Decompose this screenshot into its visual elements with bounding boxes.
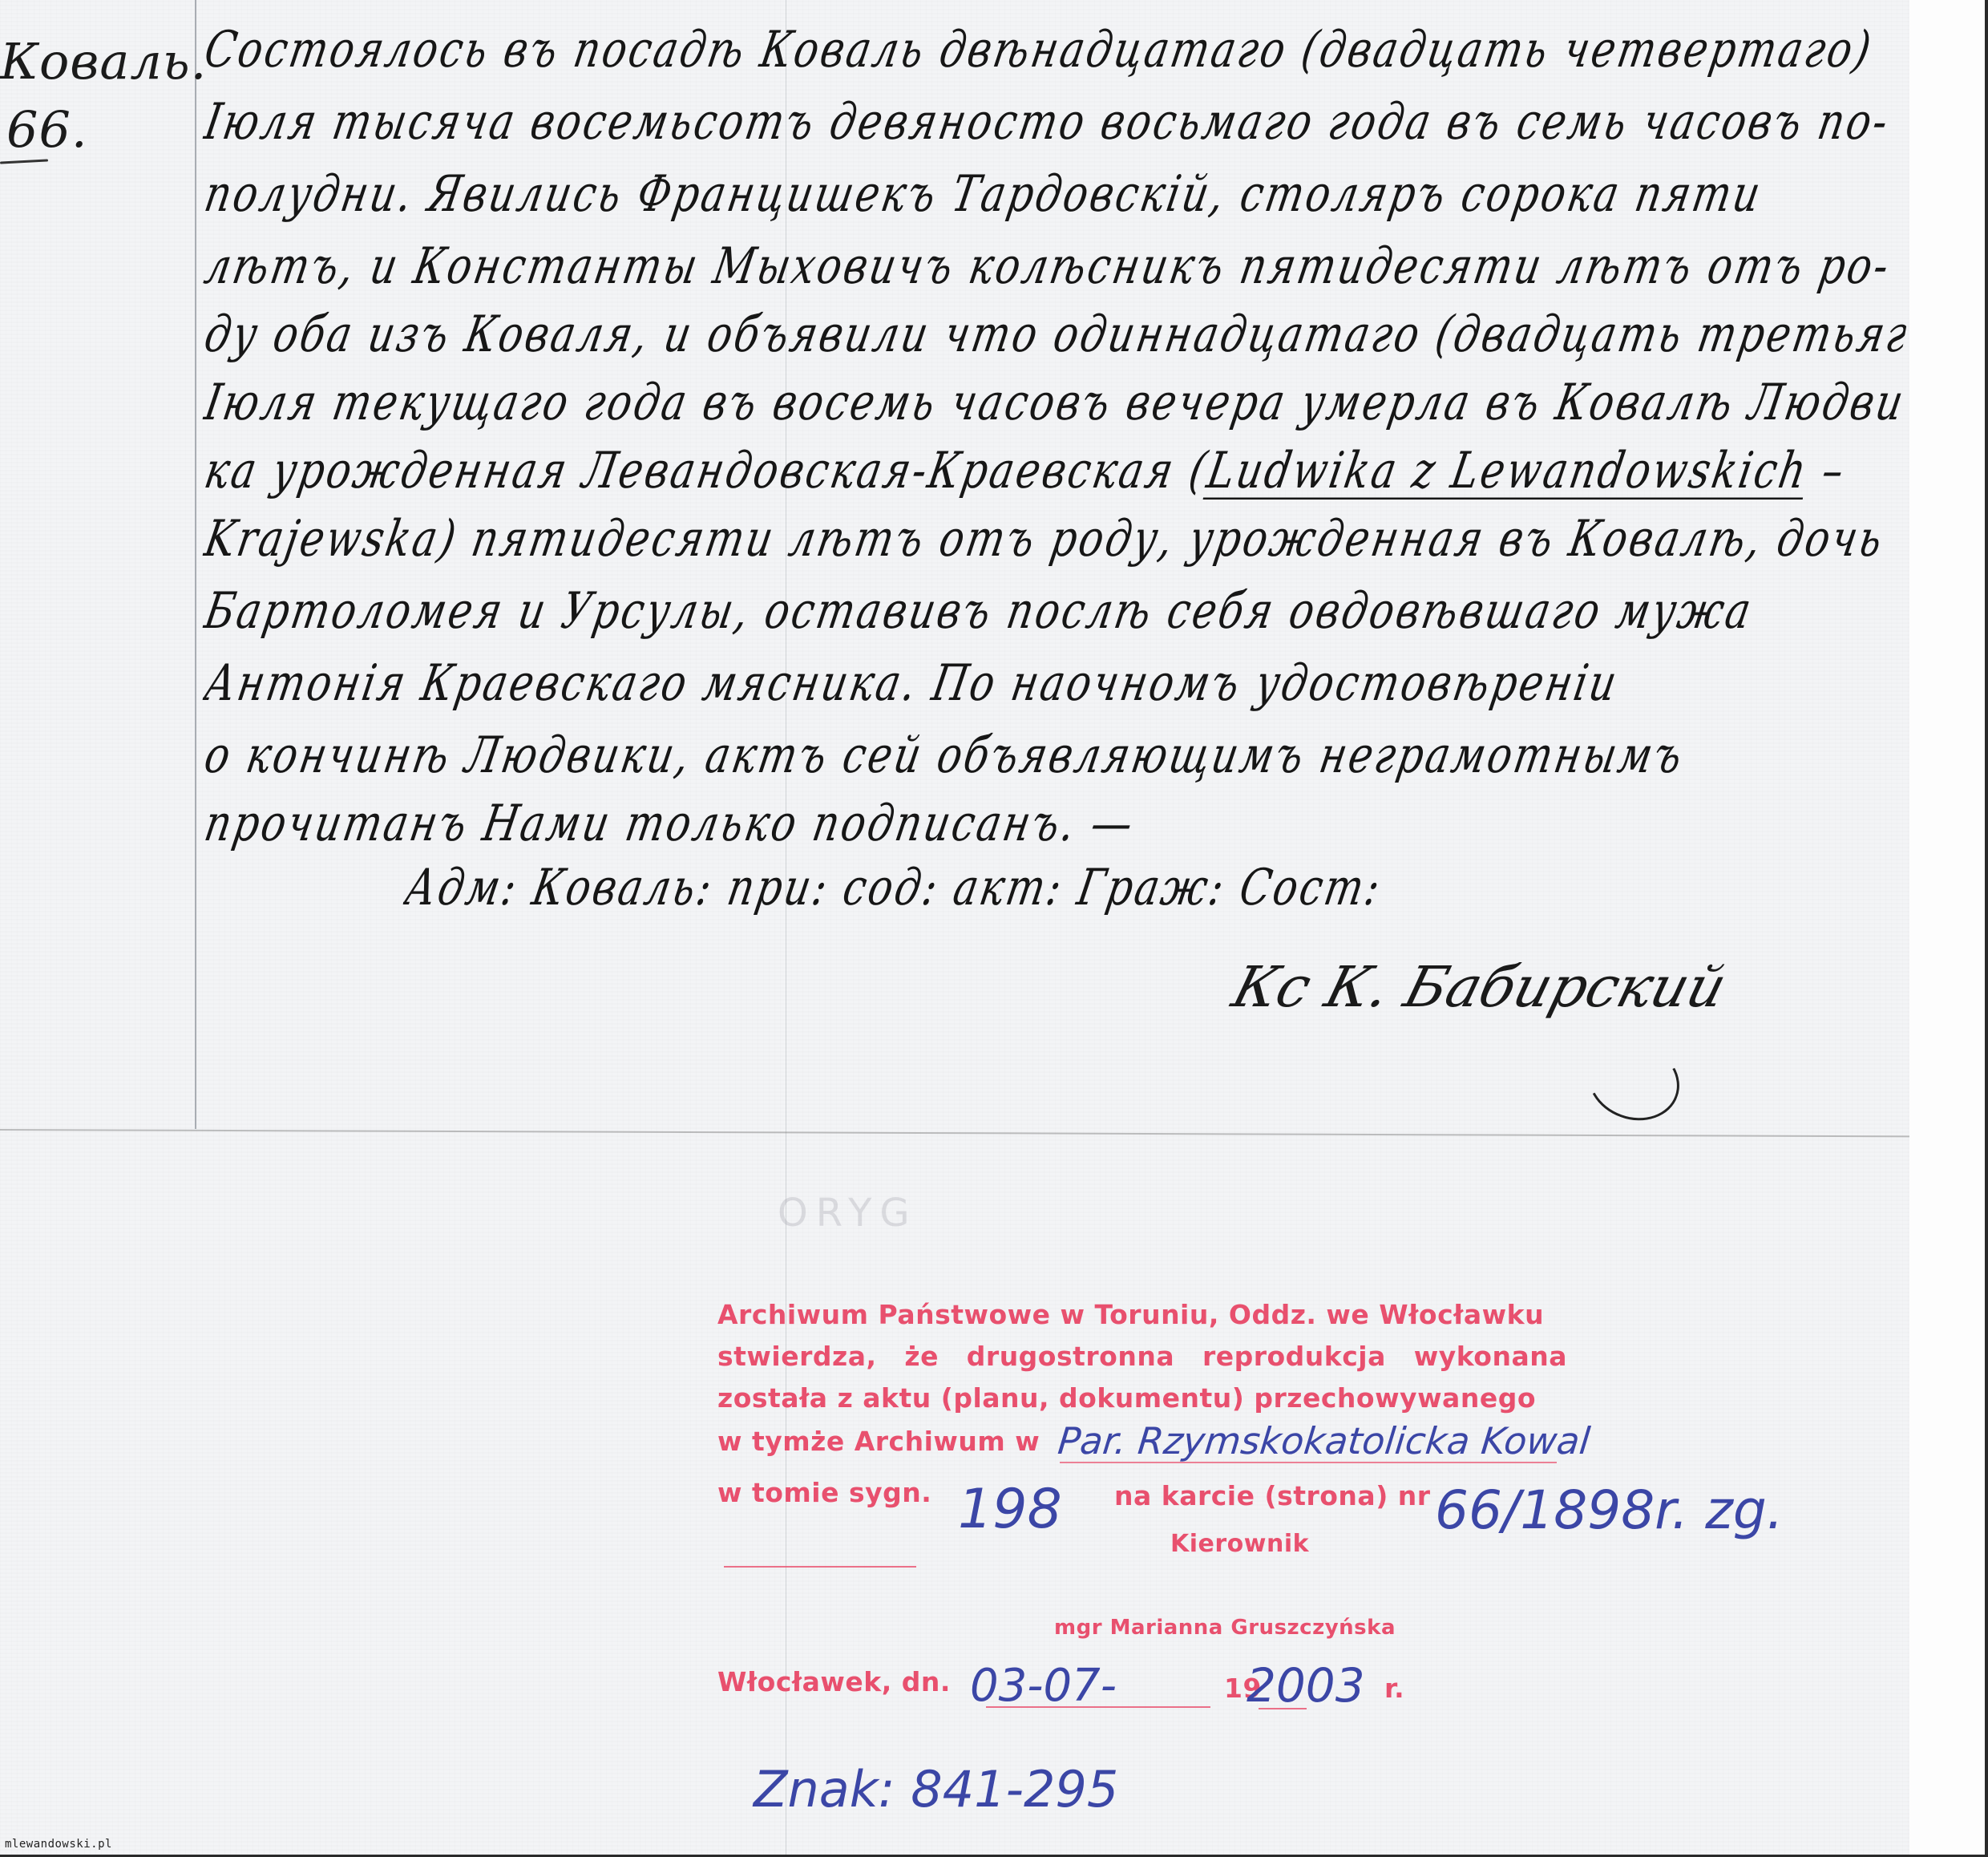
scan-margin bbox=[1909, 0, 1985, 1855]
fill-page-number: 66/1898r. zg. bbox=[1435, 1479, 1784, 1541]
record-line-6: Іюля текущаго года въ восемь часовъ вече… bbox=[200, 374, 1910, 432]
record-line-4: лѣтъ, и Константы Мыховичъ колѣсникъ пят… bbox=[200, 237, 1910, 296]
register-margin-line bbox=[195, 0, 196, 1129]
fill-archive-unit: Par. Rzymskokatolicka Kowal bbox=[1056, 1419, 1592, 1463]
record-line-8: Krajewska) пятидесяти лѣтъ отъ роду, уро… bbox=[200, 510, 1910, 568]
stamp-line-page-label: na karcie (strona) nr bbox=[1114, 1480, 1431, 1511]
site-watermark: mlewandowski.pl bbox=[5, 1838, 112, 1851]
margin-parish-name: Коваль. bbox=[0, 32, 207, 91]
record-line-7: ка урожденная Левандовская-Краевская (Lu… bbox=[200, 442, 1910, 500]
fill-reference-number: Znak: 841-295 bbox=[754, 1760, 1118, 1819]
fill-year: 2003 bbox=[1247, 1658, 1365, 1713]
polish-name-annotation: Ludwika z Lewandowskich bbox=[1203, 442, 1813, 500]
stamp-word: wykonana bbox=[1414, 1341, 1567, 1372]
stamp-line-source: została z aktu (planu, dokumentu) przech… bbox=[717, 1382, 1536, 1414]
stamp-line-archive-name: Archiwum Państwowe w Toruniu, Oddz. we W… bbox=[717, 1299, 1544, 1330]
fill-date: 03-07- bbox=[970, 1660, 1117, 1712]
record-line-5: ду оба изъ Коваля, и объявили что одинна… bbox=[200, 305, 1910, 364]
stamp-line-archive-unit-label: w tymże Archiwum w bbox=[717, 1426, 1040, 1457]
fill-volume-signature: 198 bbox=[958, 1478, 1062, 1541]
stamp-signatory-name: mgr Marianna Gruszczyńska bbox=[1054, 1616, 1396, 1640]
faint-bleedthrough-mark: ORYG bbox=[778, 1191, 918, 1236]
record-line-11: о кончинѣ Людвики, актъ сей объявляющимъ… bbox=[200, 726, 1910, 785]
record-line-2: Іюля тысяча восемьсотъ девяносто восьмаг… bbox=[200, 93, 1910, 152]
scan-border-right bbox=[1985, 0, 1988, 1857]
record-line-7-text: ка урожденная Левандовская-Краевская ( bbox=[200, 442, 1213, 500]
closing-line: Адм: Коваль: при: сод: акт: Граж: Сост: bbox=[401, 859, 1614, 917]
margin-record-number: 66. bbox=[6, 100, 88, 159]
stamp-signature-rule bbox=[724, 1566, 916, 1568]
stamp-place-date-label: Włocławek, dn. bbox=[717, 1666, 951, 1697]
stamp-word: reprodukcja bbox=[1202, 1341, 1386, 1372]
stamp-word: stwierdza, bbox=[717, 1341, 877, 1372]
stamp-year-suffix: r. bbox=[1384, 1673, 1404, 1704]
stamp-word: drugostronna bbox=[967, 1341, 1174, 1372]
record-line-3: полудни. Явились Францишекъ Тардовскій, … bbox=[200, 165, 1910, 224]
record-line-9: Бартоломея и Урсулы, оставивъ послѣ себя… bbox=[200, 582, 1910, 641]
stamp-word: że bbox=[904, 1341, 939, 1372]
stamp-line-certifies: stwierdza, że drugostronna reprodukcja w… bbox=[717, 1341, 1567, 1372]
record-line-12: прочитанъ Нами только подписанъ. — bbox=[200, 795, 1910, 853]
stamp-signatory-title: Kierownik bbox=[1170, 1530, 1309, 1558]
record-line-10: Антонія Краевскаго мясника. По наочномъ … bbox=[200, 654, 1910, 713]
priest-signature: Кс К. Бабирский bbox=[1226, 954, 1733, 1020]
stamp-line-volume-label: w tomie sygn. bbox=[717, 1477, 931, 1508]
record-line-1: Состоялось въ посадѣ Коваль двѣнадцатаго… bbox=[200, 21, 1910, 79]
